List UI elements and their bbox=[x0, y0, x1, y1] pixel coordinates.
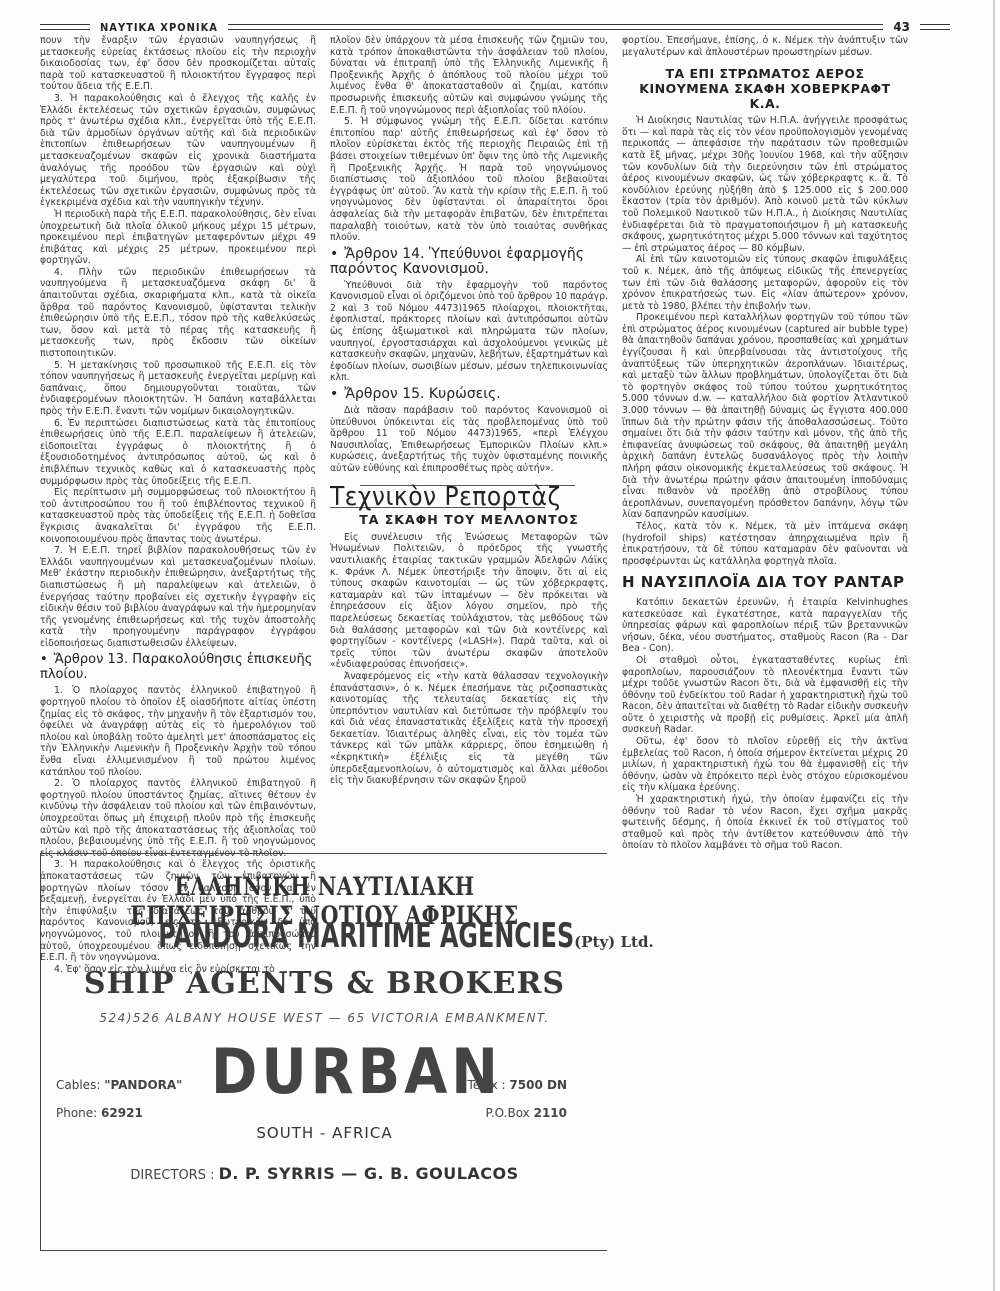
ad-directors: DIRECTORS : D. P. SYRRIS — G. B. GOULACO… bbox=[41, 1164, 608, 1183]
bullet-icon: • bbox=[330, 246, 338, 262]
paragraph: Εἰς περίπτωσιν μὴ συμμορφώσεως τοῦ πλοιο… bbox=[40, 487, 316, 545]
ad-country: SOUTH - AFRICA bbox=[41, 1124, 608, 1142]
ad-address: 524)526 ALBANY HOUSE WEST — 65 VICTORIA … bbox=[41, 1011, 608, 1025]
paragraph: 2. Ὁ πλοίαρχος παντὸς ἑλληνικοῦ ἐπιβατηγ… bbox=[40, 778, 316, 859]
story-heading: Η ΝΑΥΣΙΠΛΟΪΑ ΔΙΑ ΤΟΥ ΡΑΝΤΑΡ bbox=[622, 577, 908, 589]
paragraph: 1. Ὁ πλοίαρχος παντὸς ἑλληνικοῦ ἐπιβατηγ… bbox=[40, 685, 316, 778]
story-heading: ΤΑ ΣΚΑΦΗ ΤΟΥ ΜΕΛΛΟΝΤΟΣ bbox=[330, 514, 608, 526]
paragraph: 5. Ἡ μετακίνησις τοῦ προσωπικοῦ τῆς Ε.Ε.… bbox=[40, 360, 316, 418]
paragraph: Ἀναφερόμενος εἰς «τὴν κατὰ θάλασσαν τεχν… bbox=[330, 671, 608, 787]
paragraph: 5. Ἡ σύμφωνος γνώμη τῆς Ε.Ε.Π. δίδεται κ… bbox=[330, 116, 608, 244]
paragraph: Οἱ σταθμοὶ οὗτοι, ἐγκατασταθέντες κυρίως… bbox=[622, 655, 908, 736]
ad-company-suffix: (Pty) Ltd. bbox=[574, 933, 654, 951]
article-14-heading: •Ἄρθρον 14. Ὑπεύθυνοι ἐφαρμογῆς παρόντος… bbox=[330, 247, 608, 277]
paragraph: φορτίου. Ἐπεσήμανε, ἐπίσης, ὁ κ. Νέμεκ τ… bbox=[622, 35, 908, 58]
paragraph: Οὕτω, ἐφ' ὅσον τὸ πλοῖον εὑρεθῇ εἰς τὴν … bbox=[622, 736, 908, 794]
ad-cables: Cables: "PANDORA" bbox=[56, 1078, 182, 1092]
paragraph: Εἰς συνέλευσιν τῆς Ἑνώσεως Μεταφορῶν τῶν… bbox=[330, 532, 608, 671]
paragraph: Αἱ ἐπὶ τῶν καινοτομιῶν εἰς τύπους σκαφῶν… bbox=[622, 254, 908, 312]
header-rule bbox=[228, 24, 883, 30]
bullet-icon: • bbox=[40, 652, 48, 667]
paragraph: πλοῖον δὲν ὑπάρχουν τὰ μέσα ἐπισκευῆς τῶ… bbox=[330, 35, 608, 116]
column-1: πουν τὴν ἔναρξιν τῶν ἐργασιῶν ναυπηγήσεω… bbox=[40, 35, 316, 975]
page-header: ΝΑΥΤΙΚΑ ΧΡΟΝΙΚΑ 43 bbox=[40, 20, 950, 34]
paragraph: Διὰ πᾶσαν παράβασιν τοῦ παρόντος Κανονισ… bbox=[330, 405, 608, 475]
ad-company: PANDORA MARITIME AGENCIES bbox=[158, 916, 574, 956]
column-2: πλοῖον δὲν ὑπάρχουν τὰ μέσα ἐπισκευῆς τῶ… bbox=[330, 35, 608, 787]
paragraph: 6. Ἐν περιπτώσει διαπιστώσεως κατὰ τὰς ἐ… bbox=[40, 418, 316, 488]
paragraph: Κατόπιν δεκαετῶν ἐρευνῶν, ἡ ἑταιρία Kelv… bbox=[622, 597, 908, 655]
ad-city: DURBAN bbox=[211, 1039, 411, 1105]
article-15-heading: •Ἄρθρον 15. Κυρώσεις. bbox=[330, 387, 608, 402]
paragraph: 7. Ἡ Ε.Ε.Π. τηρεῖ βιβλίον παρακολουθήσεω… bbox=[40, 545, 316, 649]
paragraph: Ἡ χαρακτηριστικὴ ἠχώ, τὴν ὁποίαν ἐμφανίζ… bbox=[622, 794, 908, 852]
advertisement-box: ΕΛΛΗΝΙΚΗ ΝΑΥΤΙΛΙΑΚΗ ΕΠΙΧΕΙΡΗΣΙΣ ΝΟΤΙΟΥ Α… bbox=[40, 853, 607, 1251]
story-heading-line: ΚΙΝΟΥΜΕΝΑ ΣΚΑΦΗ ΧΟΒΕΡΚΡΑΦΤ Κ.Α. bbox=[622, 81, 908, 111]
paragraph: Τέλος, κατὰ τὸν κ. Νέμεκ, τὰ μὲν ἱπτάμεν… bbox=[622, 521, 908, 567]
section-title: Τεχνικὸν Ρεπορτὰζ bbox=[330, 492, 608, 504]
header-rule bbox=[40, 24, 90, 30]
header-rule bbox=[920, 24, 950, 30]
paragraph: 3. Ἡ παρακολούθησις καὶ ὁ ἔλεγχος τῆς κα… bbox=[40, 93, 316, 209]
ad-phone: Phone: 62921 bbox=[56, 1106, 143, 1120]
paragraph: Ἡ περιοδικὴ παρὰ τῆς Ε.Ε.Π. παρακολούθησ… bbox=[40, 209, 316, 267]
ad-telex: Telex : 7500 DN bbox=[467, 1078, 567, 1092]
story-heading: ΤΑ ΕΠΙ ΣΤΡΩΜΑΤΟΣ ΑΕΡΟΣ ΚΙΝΟΥΜΕΝΑ ΣΚΑΦΗ Χ… bbox=[622, 66, 908, 111]
article-13-heading: •Ἄρθρον 13. Παρακολούθησις ἐπισκευῆς πλο… bbox=[40, 652, 316, 682]
publication-title: ΝΑΥΤΙΚΑ ΧΡΟΝΙΚΑ bbox=[100, 21, 218, 34]
paragraph: Ἡ Διοίκησις Ναυτιλίας τῶν Η.Π.Α. ἀνήγγει… bbox=[622, 115, 908, 254]
page-edge bbox=[993, 0, 995, 1291]
ad-pobox: P.O.Box 2110 bbox=[486, 1106, 568, 1120]
ad-tagline: SHIP AGENTS & BROKERS bbox=[41, 966, 608, 1001]
column-3: φορτίου. Ἐπεσήμανε, ἐπίσης, ὁ κ. Νέμεκ τ… bbox=[622, 35, 908, 852]
paragraph: Προκειμένου περὶ καταλλήλων φορτηγῶν τοῦ… bbox=[622, 312, 908, 521]
ad-company-name: PANDORA MARITIME AGENCIES(Pty) Ltd. bbox=[41, 916, 608, 956]
paragraph: Ὑπεύθυνοι διὰ τὴν ἐφαρμογὴν τοῦ παρόντος… bbox=[330, 280, 608, 384]
newspaper-page: ΝΑΥΤΙΚΑ ΧΡΟΝΙΚΑ 43 πουν τὴν ἔναρξιν τῶν … bbox=[0, 0, 1000, 1291]
story-heading-line: ΤΑ ΕΠΙ ΣΤΡΩΜΑΤΟΣ ΑΕΡΟΣ bbox=[622, 66, 908, 81]
page-number: 43 bbox=[893, 20, 910, 34]
paragraph: 4. Πλὴν τῶν περιοδικῶν ἐπιθεωρήσεων τὰ ν… bbox=[40, 267, 316, 360]
bullet-icon: • bbox=[330, 386, 338, 402]
paragraph: πουν τὴν ἔναρξιν τῶν ἐργασιῶν ναυπηγήσεω… bbox=[40, 35, 316, 93]
